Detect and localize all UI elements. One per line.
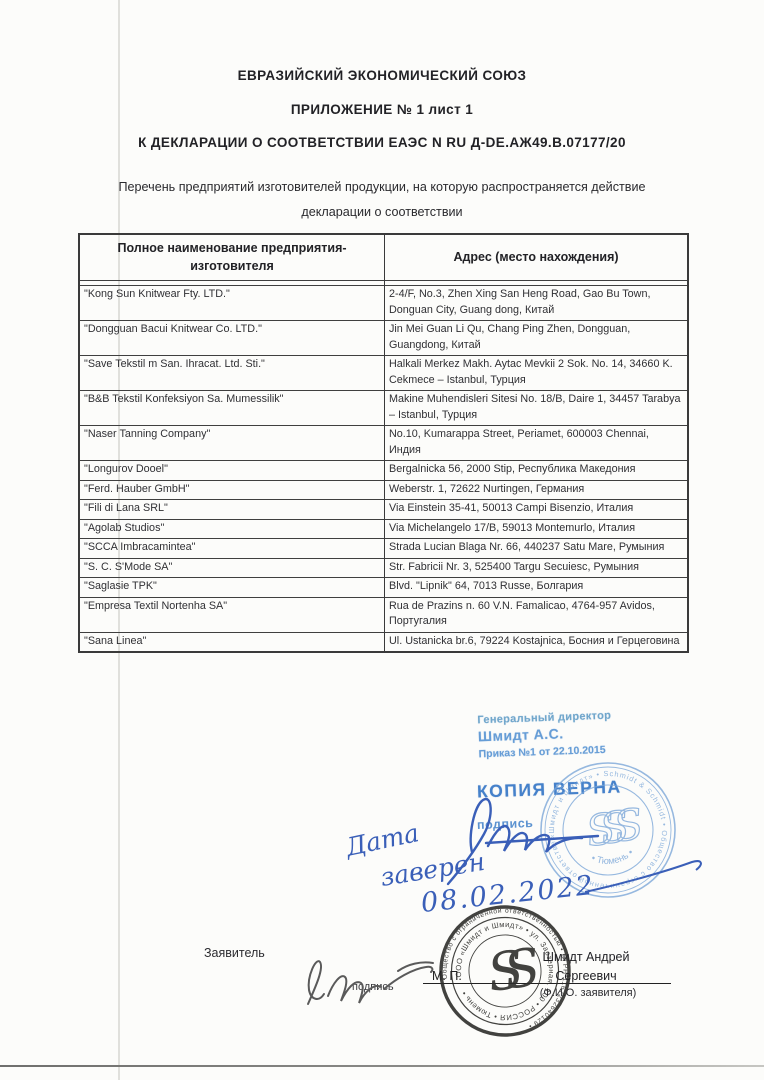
manufacturer-name-cell: "Agolab Studios" xyxy=(80,520,385,540)
applicant-name-line1: Шмидт Андрей xyxy=(500,948,672,967)
manufacturer-address-cell: Bergalnicka 56, 2000 Stip, Республика Ма… xyxy=(385,461,687,481)
manufacturer-name-cell: "Empresa Textil Nortenha SA" xyxy=(80,598,385,633)
manufacturer-name-cell: "B&B Tekstil Konfeksiyon Sa. Mumessilik" xyxy=(80,391,385,426)
director-ink-stamp: Генеральный директор Шмидт А.С. Приказ №… xyxy=(477,710,612,761)
director-order: Приказ №1 от 22.10.2015 xyxy=(478,744,612,761)
manufacturer-address-cell: Halkali Merkez Makh. Aytac Mevkii 2 Sok.… xyxy=(385,356,687,391)
document-page: ЕВРАЗИЙСКИЙ ЭКОНОМИЧЕСКИЙ СОЮЗ ПРИЛОЖЕНИ… xyxy=(0,0,764,1080)
manufacturer-address-cell: Blvd. "Lipnik" 64, 7013 Russe, Болгария xyxy=(385,578,687,598)
union-title: ЕВРАЗИЙСКИЙ ЭКОНОМИЧЕСКИЙ СОЮЗ xyxy=(0,68,764,83)
manufacturers-table: Полное наименование предприятия-изготови… xyxy=(78,233,689,653)
manufacturer-address-cell: Jin Mei Guan Li Qu, Chang Ping Zhen, Don… xyxy=(385,321,687,356)
manufacturer-name-cell: "Save Tekstil m San. Ihracat. Ltd. Sti." xyxy=(80,356,385,391)
manufacturer-address-cell: 2-4/F, No.3, Zhen Xing San Heng Road, Ga… xyxy=(385,286,687,321)
manufacturer-address-cell: Via Michelangelo 17/B, 59013 Montemurlo,… xyxy=(385,520,687,540)
manufacturer-address-cell: No.10, Kumarappa Street, Periamet, 60000… xyxy=(385,426,687,461)
manufacturer-address-cell: Str. Fabricii Nr. 3, 525400 Targu Secuie… xyxy=(385,559,687,579)
manufacturer-name-cell: "Naser Tanning Company" xyxy=(80,426,385,461)
manufacturer-name-cell: "S. C. S'Mode SA" xyxy=(80,559,385,579)
manufacturer-name-cell: "Longurov Dooel" xyxy=(80,461,385,481)
manufacturer-address-cell: Rua de Prazins n. 60 V.N. Famalicao, 476… xyxy=(385,598,687,633)
manufacturer-name-cell: "Fili di Lana SRL" xyxy=(80,500,385,520)
manufacturer-address-cell: Ul. Ustanicka br.6, 79224 Kostajnica, Бо… xyxy=(385,633,687,652)
applicant-name: Шмидт Андрей Сергеевич xyxy=(500,948,672,986)
manufacturer-name-cell: "Sana Linea" xyxy=(80,633,385,652)
applicant-label: Заявитель xyxy=(204,946,265,960)
fio-caption: (Ф.И.О. заявителя) xyxy=(488,987,688,999)
scan-bottom-line xyxy=(0,1065,764,1067)
applicant-signature xyxy=(300,950,440,1020)
declaration-number-title: К ДЕКЛАРАЦИИ О СООТВЕТСТВИИ ЕАЭС N RU Д-… xyxy=(0,135,764,150)
manufacturer-name-cell: "Kong Sun Knitwear Fty. LTD." xyxy=(80,286,385,321)
annex-title: ПРИЛОЖЕНИЕ № 1 лист 1 xyxy=(0,102,764,117)
manufacturer-address-cell: Via Einstein 35-41, 50013 Campi Bisenzio… xyxy=(385,500,687,520)
certifier-signature xyxy=(420,780,620,900)
director-name: Шмидт А.С. xyxy=(478,724,612,745)
manufacturer-name-cell: "SCCA Imbracamintea" xyxy=(80,539,385,559)
manufacturer-address-cell: Makine Muhendisleri Sitesi No. 18/B, Dai… xyxy=(385,391,687,426)
table-header-address: Адрес (место нахождения) xyxy=(385,235,687,281)
manufacturer-address-cell: Strada Lucian Blaga Nr. 66, 440237 Satu … xyxy=(385,539,687,559)
subtitle-line2: декларации о соответствии xyxy=(0,205,764,219)
table-header-name: Полное наименование предприятия-изготови… xyxy=(80,235,385,281)
manufacturer-name-cell: "Saglasie TPK" xyxy=(80,578,385,598)
subtitle-line1: Перечень предприятий изготовителей проду… xyxy=(0,180,764,194)
applicant-name-line2: Сергеевич xyxy=(500,967,672,986)
manufacturer-name-cell: "Dongguan Bacui Knitwear Co. LTD." xyxy=(80,321,385,356)
manufacturer-name-cell: "Ferd. Hauber GmbH" xyxy=(80,481,385,501)
handwritten-word1: Дата xyxy=(342,820,421,862)
manufacturer-address-cell: Weberstr. 1, 72622 Nurtingen, Германия xyxy=(385,481,687,501)
